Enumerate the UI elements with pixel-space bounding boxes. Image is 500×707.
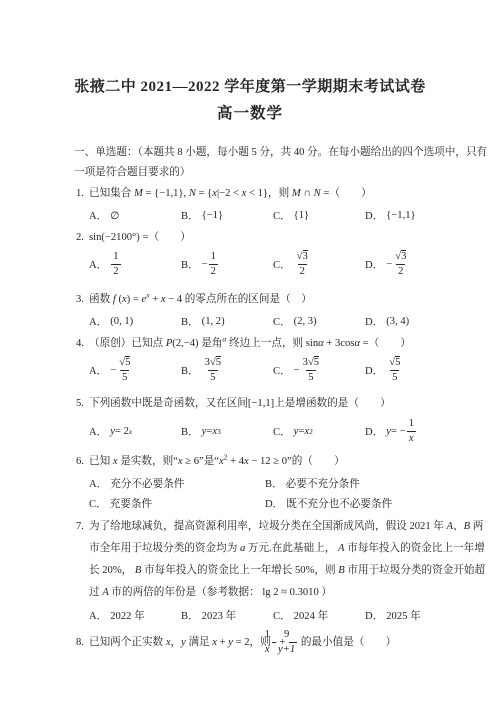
option-label: B． — [181, 314, 199, 329]
exam-title: 张掖二中 2021—2022 学年度第一学期期末考试试卷 — [0, 76, 500, 98]
option-label: D． — [365, 314, 383, 329]
option-label: D． — [365, 608, 383, 623]
option-d: D．y = −1x — [365, 418, 417, 445]
question-q5: 5.下列函数中既是奇函数，又在区间[−1,1]上是增函数的是（ ）A．y = 2… — [76, 395, 488, 445]
option-label: C． — [273, 424, 291, 439]
text-run: (3, 4) — [386, 316, 409, 327]
text-run: 已知 — [89, 456, 113, 467]
math-variable: M — [134, 188, 143, 199]
question-stem: 1.已知集合 M = {−1,1}, N = {x|−2 < x < 1}，则 … — [76, 185, 488, 203]
text-run: (0, 1) — [110, 316, 133, 327]
option-label: B． — [181, 257, 199, 272]
text-run: 充要条件 — [110, 496, 152, 511]
fraction: 3√55 — [203, 356, 223, 384]
question-stem: 5.下列函数中既是奇函数，又在区间[−1,1]上是增函数的是（ ） — [76, 395, 488, 413]
section-header: 一、单选题：（本题共 8 小题，每小题 5 分，共 40 分。在每小题给出的四个… — [74, 143, 494, 183]
text-run: {−1} — [202, 210, 223, 221]
option-label: B． — [265, 479, 283, 490]
option-label: A． — [89, 257, 107, 272]
option-label: D． — [365, 363, 383, 378]
text-run: (2, 3) — [294, 316, 317, 327]
option-label: D． — [365, 208, 383, 223]
option-content: y = 2x — [110, 426, 132, 437]
option-c: C．充要条件 — [89, 496, 265, 511]
text-run: − — [110, 365, 116, 376]
text-run: 2023 年 — [202, 608, 236, 623]
fraction-denominator: 2 — [298, 264, 307, 278]
option-label: B． — [181, 363, 199, 378]
fraction-denominator: 2 — [111, 264, 120, 278]
option-b: B．2023 年 — [181, 608, 273, 623]
text-run: (1, 2) — [202, 316, 225, 327]
option-content: ∅ — [110, 210, 119, 222]
radicand: 5 — [216, 356, 221, 368]
fraction: 3√55 — [301, 356, 321, 384]
question-stem: 7.为了给地球减负，提高资源利用率，垃圾分类在全国渐成风尚，假设 2021 年 … — [76, 516, 488, 604]
text-run: 下列函数中既是奇函数，又在区间[−1,1]上是增函数的是（ ） — [89, 398, 391, 409]
text-run: < 1}，则 — [246, 188, 292, 199]
question-stem: 2.sin(−2100°) =（ ） — [76, 229, 488, 247]
text-run: 2022 年 — [110, 608, 144, 623]
option-b: B．(1, 2) — [181, 314, 273, 329]
exam-subtitle: 高一数学 — [0, 103, 500, 125]
fraction: 1x — [272, 629, 276, 656]
option-b: B．必要不充分条件 — [265, 476, 488, 491]
question-q1: 1.已知集合 M = {−1,1}, N = {x|−2 < x < 1}，则 … — [76, 185, 488, 223]
fraction-denominator: y+1 — [289, 642, 297, 656]
text-run: 2025 年 — [386, 608, 420, 623]
option-label: A． — [89, 363, 107, 378]
text-run: (2,−4) 是角 — [172, 338, 222, 349]
option-content: −3√55 — [294, 356, 322, 384]
question-q8: 8.已知两个正实数 x，y 满足 x + y = 2，则1x + 9y+1 的最… — [76, 629, 488, 656]
option-content: 2024 年 — [294, 608, 328, 623]
option-content: 必要不充分条件 — [286, 476, 360, 491]
fraction-numerator: 1 — [111, 251, 120, 264]
option-content: y = −1x — [386, 418, 417, 445]
option-content: √32 — [294, 250, 311, 278]
text-run: 市的两倍的年份是（参考数据： lg 2 ≈ 0.3010 ） — [109, 587, 332, 598]
math-variable: M — [292, 188, 301, 199]
text-run: = { — [196, 188, 212, 199]
option-a: A．12 — [89, 251, 181, 278]
text-run: + 4 — [227, 456, 244, 467]
text-run: |−2 < — [217, 188, 242, 199]
text-run: 终边上一点，则 sin — [226, 338, 318, 349]
option-a: A．∅ — [89, 208, 181, 223]
option-b: B．y = x3 — [181, 424, 273, 439]
option-d: D．既不充分也不必要条件 — [265, 496, 488, 511]
option-label: D． — [365, 424, 383, 439]
options: A．2022 年B．2023 年C．2024 年D．2025 年 — [89, 608, 488, 623]
text-run: （原创）已知点 — [89, 338, 166, 349]
text-run: 满足 — [186, 637, 212, 648]
option-c: C．√32 — [273, 250, 365, 278]
text-run: 充分不必要条件 — [110, 476, 184, 491]
question-number: 2. — [76, 229, 89, 247]
option-content: (1, 2) — [202, 316, 225, 327]
option-label: C． — [273, 208, 291, 223]
text-run: 市每年投入的资金比上一年增长 50%，则 — [141, 565, 338, 576]
options: A．−√55B．3√55C．−3√55D．√55 — [89, 356, 488, 384]
text-run: ) = — [127, 294, 142, 305]
section-header-line2: 一项是符合题目要求的） — [74, 163, 494, 183]
option-c: C．{1} — [273, 208, 365, 223]
option-c: C．(2, 3) — [273, 314, 365, 329]
option-c: C．y = x2 — [273, 424, 365, 439]
fraction-denominator: 2 — [209, 264, 218, 278]
option-label: A． — [89, 608, 107, 623]
text-run: {−1,1} — [386, 210, 415, 221]
option-label: A． — [89, 314, 107, 329]
text-run: ∩ — [301, 188, 314, 199]
text-run: 过 — [89, 587, 102, 598]
option-label: C． — [273, 314, 291, 329]
question-q4: 4.（原创）已知点 P(2,−4) 是角α 终边上一点，则 sinα + 3co… — [76, 335, 488, 384]
fraction-numerator: 3√5 — [301, 356, 321, 370]
text-run: ∅ — [110, 210, 119, 222]
option-content: y = x3 — [202, 426, 221, 437]
question-number: 7. — [76, 516, 89, 538]
question-list: 1.已知集合 M = {−1,1}, N = {x|−2 < x < 1}，则 … — [76, 185, 488, 656]
option-label: B． — [181, 608, 199, 623]
text-run: {1} — [294, 210, 309, 221]
fraction-numerator: 1 — [272, 629, 276, 642]
fraction-numerator: 1 — [209, 251, 218, 264]
fraction: 12 — [209, 251, 218, 278]
text-run: 、 — [453, 521, 464, 532]
text-run: 已知两个正实数 — [89, 637, 166, 648]
text-run: + — [217, 637, 228, 648]
fraction-numerator: √5 — [387, 356, 402, 370]
text-run: 已知集合 — [89, 188, 134, 199]
option-a: A．y = 2x — [89, 424, 181, 439]
option-label: C． — [273, 608, 291, 623]
question-stem: 3.函数 f (x) = ex + x − 4 的零点所在的区间是（ ） — [76, 291, 488, 309]
fraction-denominator: 5 — [120, 370, 129, 384]
fraction: 9y+1 — [289, 629, 297, 656]
options: A．12B．−12C．√32D．−√32 — [89, 250, 488, 278]
text-run: = − — [391, 426, 406, 437]
option-d: D．√55 — [365, 356, 403, 384]
text-run: 为了给地球减负，提高资源利用率，垃圾分类在全国渐成风尚，假设 2021 年 — [89, 521, 447, 532]
text-run: 两 — [470, 521, 483, 532]
option-label: B． — [181, 208, 199, 223]
options: A．(0, 1)B．(1, 2)C．(2, 3)D．(3, 4) — [89, 314, 488, 329]
radicand: 5 — [314, 356, 319, 368]
text-run: − 12 ≥ 0”的（ ） — [249, 456, 345, 467]
option-content: {−1} — [202, 210, 223, 221]
fraction-denominator: 5 — [208, 370, 217, 384]
math-variable: N — [189, 188, 196, 199]
option-b: B．3√55 — [181, 356, 273, 384]
text-run: sin(−2100°) =（ ） — [89, 232, 191, 243]
option-label: D． — [365, 257, 383, 272]
options: A．∅B．{−1}C．{1}D．{−1,1} — [89, 208, 488, 223]
option-content: 2023 年 — [202, 608, 236, 623]
option-content: 既不充分也不必要条件 — [286, 496, 392, 511]
fraction-numerator: 3√5 — [203, 356, 223, 370]
option-label: C． — [273, 363, 291, 378]
fraction-denominator: 2 — [396, 264, 405, 278]
fraction: √32 — [295, 250, 310, 278]
fraction: 12 — [111, 251, 120, 278]
option-b: B．−12 — [181, 251, 273, 278]
question-number: 3. — [76, 291, 89, 309]
text-run: − 4 的零点所在的区间是（ ） — [166, 294, 312, 305]
text-run: + 3cos — [324, 338, 355, 349]
option-label: D． — [265, 499, 283, 510]
text-run: 必要不充分条件 — [286, 476, 360, 491]
text-run: − — [202, 259, 208, 270]
options: A．充分不必要条件B．必要不充分条件C．充要条件D．既不充分也不必要条件 — [89, 476, 488, 511]
text-run: 市每年投入的资金比上一年增 — [344, 543, 484, 554]
text-run: 函数 — [89, 294, 113, 305]
option-c: C．2024 年 — [273, 608, 365, 623]
radicand: 5 — [395, 356, 400, 368]
fraction-numerator: √3 — [295, 250, 310, 264]
option-d: D．2025 年 — [365, 608, 421, 623]
question-number: 4. — [76, 335, 89, 353]
text-run: =（ ） — [321, 188, 372, 199]
math-variable: N — [314, 188, 321, 199]
text-run: 市用于垃圾分类的资金开始超 — [345, 565, 485, 576]
option-b: B．{−1} — [181, 208, 273, 223]
text-run: ， — [171, 637, 182, 648]
text-run: 市全年用于垃圾分类的资金均为 — [89, 543, 240, 554]
text-run: 长 20%， — [89, 565, 135, 576]
question-q6: 6.已知 x 是实数，则“x ≥ 6”是“x2 + 4x − 12 ≥ 0”的（… — [76, 453, 488, 511]
option-content: 12 — [110, 251, 121, 278]
fraction-denominator: x — [272, 642, 276, 656]
option-content: √55 — [386, 356, 403, 384]
option-content: {−1,1} — [386, 210, 415, 221]
text-run: − — [386, 259, 392, 270]
option-content: 3√55 — [202, 356, 224, 384]
option-content: (3, 4) — [386, 316, 409, 327]
option-content: (0, 1) — [110, 316, 133, 327]
option-label: C． — [273, 257, 291, 272]
option-a: A．充分不必要条件 — [89, 476, 265, 491]
question-stem: 4.（原创）已知点 P(2,−4) 是角α 终边上一点，则 sinα + 3co… — [76, 335, 488, 353]
fraction: √55 — [387, 356, 402, 384]
fraction-denominator: 5 — [390, 370, 399, 384]
text-run: = 2 — [115, 426, 129, 437]
text-run: 的最小值是（ ） — [298, 637, 396, 648]
text-run: 万元.在此基础上， — [245, 543, 338, 554]
option-d: D．(3, 4) — [365, 314, 409, 329]
option-d: D．−√32 — [365, 250, 409, 278]
options: A．y = 2xB．y = x3C．y = x2D．y = −1x — [89, 418, 488, 445]
option-label: A． — [89, 424, 107, 439]
text-run: 既不充分也不必要条件 — [286, 496, 392, 511]
option-content: 2022 年 — [110, 608, 144, 623]
question-number: 6. — [76, 453, 89, 471]
question-q2: 2.sin(−2100°) =（ ）A．12B．−12C．√32D．−√32 — [76, 229, 488, 278]
option-content: −√55 — [110, 356, 133, 384]
exam-document: 张掖二中 2021—2022 学年度第一学期期末考试试卷 高一数学 一、单选题：… — [0, 0, 500, 707]
section-header-line1: 一、单选题：（本题共 8 小题，每小题 5 分，共 40 分。在每小题给出的四个… — [74, 143, 494, 163]
text-run: ≥ 6”是“ — [183, 456, 219, 467]
option-label: B． — [181, 424, 199, 439]
option-a: A．(0, 1) — [89, 314, 181, 329]
radicand: 3 — [303, 250, 308, 262]
fraction: 1x — [407, 418, 416, 445]
fraction: √32 — [393, 250, 408, 278]
option-a: A．−√55 — [89, 356, 181, 384]
radicand: 5 — [125, 356, 130, 368]
option-content: {1} — [294, 210, 309, 221]
option-content: −√32 — [386, 250, 409, 278]
option-content: y = x2 — [294, 426, 313, 437]
radicand: 3 — [401, 250, 406, 262]
option-content: 充分不必要条件 — [110, 476, 184, 491]
option-content: −12 — [202, 251, 219, 278]
text-run: 2024 年 — [294, 608, 328, 623]
option-c: C．−3√55 — [273, 356, 365, 384]
text-run: + — [150, 294, 161, 305]
option-d: D．{−1,1} — [365, 208, 416, 223]
option-content: (2, 3) — [294, 316, 317, 327]
option-content: 2025 年 — [386, 608, 420, 623]
question-stem: 6.已知 x 是实数，则“x ≥ 6”是“x2 + 4x − 12 ≥ 0”的（… — [76, 453, 488, 471]
question-q7: 7.为了给地球减负，提高资源利用率，垃圾分类在全国渐成风尚，假设 2021 年 … — [76, 516, 488, 623]
question-number: 1. — [76, 185, 89, 203]
question-number: 8. — [76, 634, 89, 652]
text-run: =（ ） — [360, 338, 411, 349]
fraction-denominator: 5 — [306, 370, 315, 384]
question-number: 5. — [76, 395, 89, 413]
option-content: 充要条件 — [110, 496, 152, 511]
fraction-denominator: x — [407, 431, 416, 445]
fraction-numerator: 1 — [407, 418, 416, 431]
option-a: A．2022 年 — [89, 608, 181, 623]
text-run: − — [294, 365, 300, 376]
fraction-numerator: √3 — [393, 250, 408, 264]
text-run: 是实数，则“ — [118, 456, 178, 467]
question-q3: 3.函数 f (x) = ex + x − 4 的零点所在的区间是（ ）A．(0… — [76, 291, 488, 329]
fraction-numerator: 9 — [291, 629, 295, 642]
fraction-numerator: √5 — [117, 356, 132, 370]
text-run: = {−1,1}, — [143, 188, 189, 199]
option-label: A． — [89, 208, 107, 223]
question-stem: 8.已知两个正实数 x，y 满足 x + y = 2，则1x + 9y+1 的最… — [76, 629, 488, 656]
option-label: A． — [89, 479, 107, 490]
option-label: C． — [89, 499, 107, 510]
fraction: √55 — [117, 356, 132, 384]
